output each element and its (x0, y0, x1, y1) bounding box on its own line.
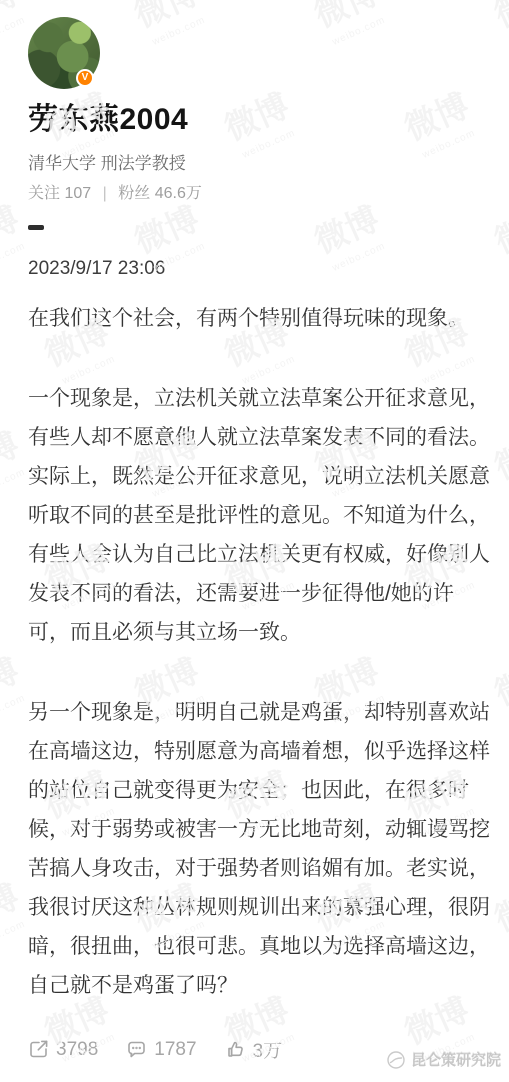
like-icon (225, 1039, 246, 1060)
followers-count: 46.6万 (155, 185, 202, 202)
weibo-watermark: 微博weibo.com (491, 655, 509, 737)
weibo-watermark: 微博weibo.com (491, 881, 509, 963)
brand-name: 昆仑策研究院 (411, 1049, 501, 1070)
action-bar: 3798 1787 3万 (28, 1036, 310, 1063)
post-paragraph: 在我们这个社会，有两个特别值得玩味的现象。 (28, 299, 492, 338)
comment-icon (126, 1039, 147, 1060)
weibo-watermark: 微博weibo.com (221, 90, 306, 172)
weibo-post-screenshot: V 劳东燕2004 清华大学 刑法学教授 关注 107 | 粉丝 46.6万 2… (0, 0, 509, 1082)
post-body: 在我们这个社会，有两个特别值得玩味的现象。 一个现象是，立法机关就立法草案公开征… (28, 299, 492, 1046)
user-name[interactable]: 劳东燕2004 (28, 94, 188, 138)
like-count: 3万 (253, 1036, 283, 1063)
weibo-watermark: 微博weibo.com (311, 203, 396, 285)
user-bio: 清华大学 刑法学教授 (28, 149, 186, 174)
comment-count: 1787 (154, 1039, 196, 1061)
comment-button[interactable]: 1787 (126, 1039, 196, 1061)
repost-button[interactable]: 3798 (28, 1039, 98, 1061)
repost-count: 3798 (56, 1039, 98, 1061)
following-count: 107 (64, 185, 91, 202)
weibo-watermark: 微博weibo.com (131, 0, 216, 59)
followers-label: 粉丝 (118, 185, 150, 202)
following-label: 关注 (28, 185, 60, 202)
post-timestamp: 2023/9/17 23:06 (28, 258, 165, 280)
weibo-watermark: 微博weibo.com (311, 0, 396, 59)
weibo-watermark: 微博weibo.com (401, 90, 486, 172)
kunlunce-logo-icon (386, 1050, 406, 1070)
follow-stats[interactable]: 关注 107 | 粉丝 46.6万 (28, 180, 202, 203)
post-paragraph: 另一个现象是，明明自己就是鸡蛋，却特别喜欢站在高墙这边，特别愿意为高墙着想，似乎… (28, 693, 492, 1005)
stats-separator: | (103, 185, 107, 202)
weibo-watermark: 微博weibo.com (491, 429, 509, 511)
weibo-watermark: 微博weibo.com (491, 203, 509, 285)
repost-icon (28, 1039, 49, 1060)
like-button[interactable]: 3万 (225, 1036, 283, 1063)
verified-v-icon: V (76, 69, 94, 87)
weibo-watermark: 微博weibo.com (491, 0, 509, 59)
brand-watermark: 昆仑策研究院 (386, 1049, 501, 1070)
post-paragraph: 一个现象是，立法机关就立法草案公开征求意见，有些人却不愿意他人就立法草案发表不同… (28, 379, 492, 652)
divider-dash (28, 225, 44, 230)
